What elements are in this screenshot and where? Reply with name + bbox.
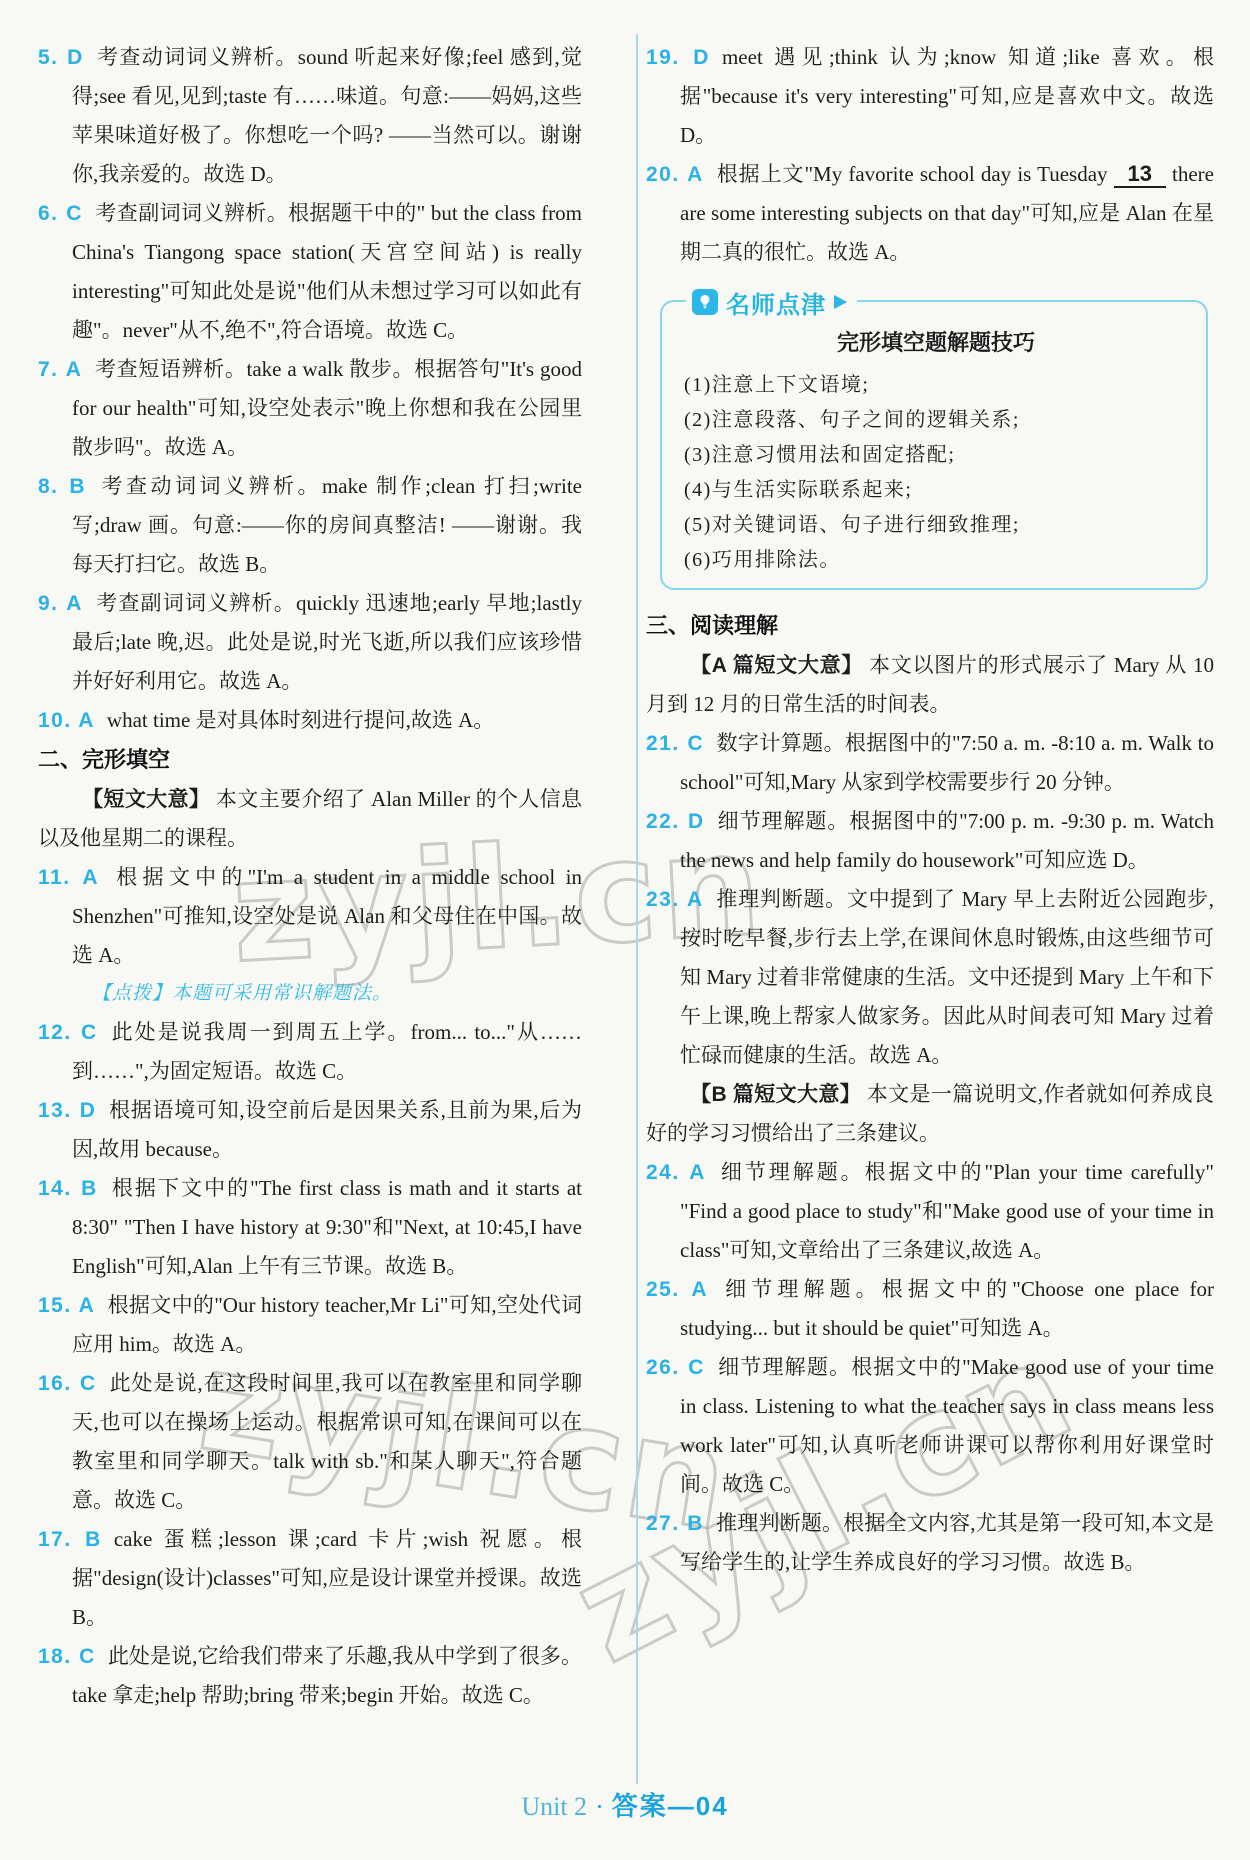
answer-text: 考查短语辨析。take a walk 散步。根据答句"It's good for… [72,357,582,459]
footer-separator: · [595,1792,604,1821]
cloze-blank-number: 13 [1114,162,1166,188]
arrow-right-icon [834,295,847,309]
answer-item: 6. C考查副词词义辨析。根据题干中的" but the class from … [38,194,582,350]
teacher-tips-box: 名师点津 完形填空题解题技巧 (1)注意上下文语境; (2)注意段落、句子之间的… [660,300,1208,590]
page-footer: Unit 2·答案—04 [0,1786,1250,1823]
answer-number: 26. C [646,1356,705,1379]
answer-number: 18. C [38,1645,96,1668]
answer-item: 19. Dmeet 遇见;think 认为;know 知道;like 喜欢。根据… [646,38,1214,155]
answer-number: 19. D [646,46,710,69]
answer-item: 15. A根据文中的"Our history teacher,Mr Li"可知,… [38,1286,582,1364]
left-column: 5. D考查动词词义辨析。sound 听起来好像;feel 感到,觉得;see … [38,38,582,1715]
answer-number: 25. A [646,1278,708,1301]
lightbulb-icon [692,289,718,315]
answer-text: 推理判断题。文中提到了 Mary 早上去附近公园跑步,按时吃早餐,步行去上学,在… [680,887,1214,1067]
answer-text: 根据下文中的"The first class is math and it st… [72,1176,582,1278]
answer-text: 细节理解题。根据文中的"Make good use of your time i… [680,1355,1214,1496]
answer-number: 16. C [38,1372,97,1395]
answer-text: 根据语境可知,设空前后是因果关系,且前为果,后为因,故用 because。 [72,1098,582,1161]
answer-number: 15. A [38,1294,95,1317]
answer-item: 18. C此处是说,它给我们带来了乐趣,我从中学到了很多。take 拿走;hel… [38,1637,582,1715]
answer-item: 23. A推理判断题。文中提到了 Mary 早上去附近公园跑步,按时吃早餐,步行… [646,880,1214,1075]
answer-item: 14. B根据下文中的"The first class is math and … [38,1169,582,1286]
answer-number: 23. A [646,888,704,911]
answer-text: 细节理解题。根据图中的"7:00 p. m. -9:30 p. m. Watch… [680,809,1214,872]
answer-item: 5. D考查动词词义辨析。sound 听起来好像;feel 感到,觉得;see … [38,38,582,194]
passage-summary: 【B 篇短文大意】 本文是一篇说明文,作者就如何养成良好的学习习惯给出了三条建议… [646,1075,1214,1153]
summary-label: 【短文大意】 [82,788,210,811]
tip-line: (3)注意习惯用法和固定搭配; [684,438,1188,473]
answer-text: 此处是说,它给我们带来了乐趣,我从中学到了很多。take 拿走;help 帮助;… [72,1644,582,1707]
answer-number: 13. D [38,1099,96,1122]
answer-text: 根据文中的"Our history teacher,Mr Li"可知,空处代词应… [72,1293,582,1356]
section-heading: 二、完形填空 [38,740,582,780]
answer-number: 8. B [38,475,86,498]
answer-number: 17. B [38,1528,102,1551]
answer-text: what time 是对具体时刻进行提问,故选 A。 [107,708,494,732]
answer-item: 25. A细节理解题。根据文中的"Choose one place for st… [646,1270,1214,1348]
teacher-tips-header: 名师点津 [686,284,857,320]
answer-text: 推理判断题。根据全文内容,尤其是第一段可知,本文是写给学生的,让学生养成良好的学… [680,1511,1214,1574]
answer-number: 7. A [38,358,82,381]
column-divider [636,34,638,1784]
answer-item: 27. B推理判断题。根据全文内容,尤其是第一段可知,本文是写给学生的,让学生养… [646,1504,1214,1582]
answer-item: 21. C数字计算题。根据图中的"7:50 a. m. -8:10 a. m. … [646,724,1214,802]
answer-item: 20. A根据上文"My favorite school day is Tues… [646,155,1214,272]
right-column: 19. Dmeet 遇见;think 认为;know 知道;like 喜欢。根据… [646,38,1214,1582]
answer-number: 10. A [38,709,95,732]
answer-item: 22. D细节理解题。根据图中的"7:00 p. m. -9:30 p. m. … [646,802,1214,880]
answer-item: 7. A考查短语辨析。take a walk 散步。根据答句"It's good… [38,350,582,467]
tip-line: (6)巧用排除法。 [684,543,1188,578]
footer-unit-label: Unit 2 [521,1792,587,1821]
answer-number: 21. C [646,732,704,755]
answer-text: 根据文中的"I'm a student in a middle school i… [72,865,582,967]
answer-number: 24. A [646,1161,706,1184]
teacher-tips-title: 名师点津 [726,285,826,320]
summary-label: 【B 篇短文大意】 [690,1083,861,1106]
passage-summary: 【短文大意】 本文主要介绍了 Alan Miller 的个人信息以及他星期二的课… [38,780,582,858]
answer-item: 10. Awhat time 是对具体时刻进行提问,故选 A。 [38,701,582,740]
tip-line: (2)注意段落、句子之间的逻辑关系; [684,403,1188,438]
answer-item: 8. B考查动词词义辨析。make 制作;clean 打扫;write 写;dr… [38,467,582,584]
answer-item: 11. A根据文中的"I'm a student in a middle sch… [38,858,582,975]
footer-page-label: 答案—04 [612,1791,729,1821]
answer-item: 13. D根据语境可知,设空前后是因果关系,且前为果,后为因,故用 becaus… [38,1091,582,1169]
section-heading: 三、阅读理解 [646,606,1214,646]
answer-item: 17. Bcake 蛋糕;lesson 课;card 卡片;wish 祝愿。根据… [38,1520,582,1637]
answer-item: 26. C细节理解题。根据文中的"Make good use of your t… [646,1348,1214,1504]
tips-box-subtitle: 完形填空题解题技巧 [684,322,1188,364]
answer-text: 根据上文"My favorite school day is Tuesday [716,162,1108,186]
answer-text: 细节理解题。根据文中的"Choose one place for studyin… [680,1277,1214,1340]
answer-text: cake 蛋糕;lesson 课;card 卡片;wish 祝愿。根据"desi… [72,1527,582,1629]
answer-number: 11. A [38,866,99,889]
tip-line: (1)注意上下文语境; [684,368,1188,403]
tip-note: 【点拨】本题可采用常识解题法。 [38,975,582,1013]
answer-item: 24. A细节理解题。根据文中的"Plan your time carefull… [646,1153,1214,1270]
answer-text: 考查动词词义辨析。sound 听起来好像;feel 感到,觉得;see 看见,见… [72,45,582,186]
answer-text: 此处是说,在这段时间里,我可以在教室里和同学聊天,也可以在操场上运动。根据常识可… [72,1371,582,1512]
passage-summary: 【A 篇短文大意】 本文以图片的形式展示了 Mary 从 10 月到 12 月的… [646,646,1214,724]
answer-number: 14. B [38,1177,98,1200]
answer-text: 细节理解题。根据文中的"Plan your time carefully" "F… [680,1160,1214,1262]
tip-line: (4)与生活实际联系起来; [684,473,1188,508]
answer-number: 5. D [38,46,84,69]
answer-text: 考查副词词义辨析。quickly 迅速地;early 早地;lastly 最后;… [72,591,582,693]
answer-text: 此处是说我周一到周五上学。from... to..."从……到……",为固定短语… [72,1020,582,1083]
answer-item: 9. A考查副词词义辨析。quickly 迅速地;early 早地;lastly… [38,584,582,701]
answer-text: 考查动词词义辨析。make 制作;clean 打扫;write 写;draw 画… [72,474,582,576]
answer-number: 27. B [646,1512,704,1535]
answer-number: 9. A [38,592,83,615]
answer-number: 22. D [646,810,705,833]
answer-text: 数字计算题。根据图中的"7:50 a. m. -8:10 a. m. Walk … [680,731,1214,794]
answer-text: meet 遇见;think 认为;know 知道;like 喜欢。根据"beca… [680,45,1214,147]
answer-text: 考查副词词义辨析。根据题干中的" but the class from Chin… [72,201,582,342]
tip-line: (5)对关键词语、句子进行细致推理; [684,508,1188,543]
answer-item: 16. C此处是说,在这段时间里,我可以在教室里和同学聊天,也可以在操场上运动。… [38,1364,582,1520]
answer-number: 6. C [38,202,83,225]
answer-item: 12. C此处是说我周一到周五上学。from... to..."从……到……",… [38,1013,582,1091]
summary-label: 【A 篇短文大意】 [690,654,863,677]
answer-number: 12. C [38,1021,98,1044]
answer-number: 20. A [646,163,704,186]
